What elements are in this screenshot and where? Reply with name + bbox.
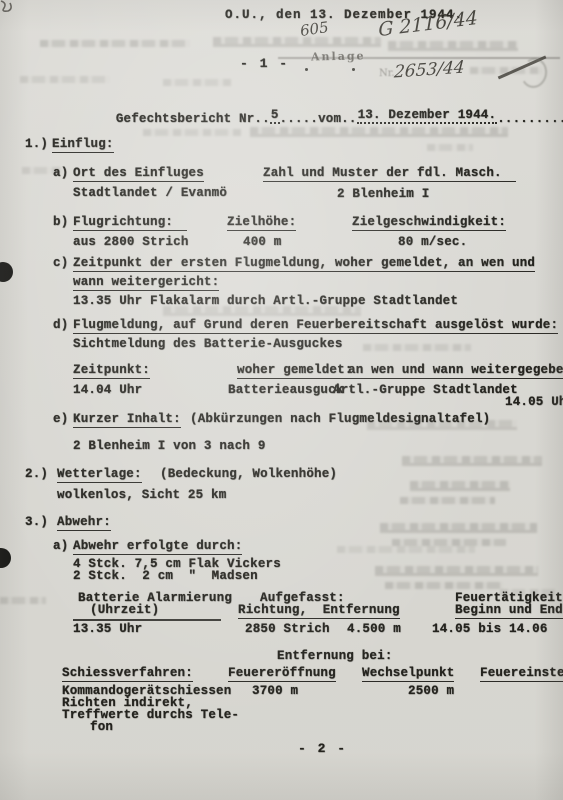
bleedthrough-mark — [392, 539, 506, 546]
item-1b-v3: 80 m/sec. — [398, 236, 467, 249]
bleedthrough-mark — [213, 37, 381, 44]
item-1c-value: 13.35 Uhr Flakalarm durch Artl.-Gruppe S… — [73, 295, 458, 308]
section-3-title: Abwehr: — [57, 516, 111, 529]
gun-line-2: 2 Stck. 2 cm " Madsen — [73, 570, 258, 583]
item-1a-col1-header: Ort des Einfluges — [73, 167, 204, 180]
report-table-v3: Artl.-Gruppe Stadtlandet — [333, 384, 518, 397]
distance-table-h4: Feuereinstellung — [480, 667, 563, 680]
report-table-h3: an wen und wann weitergegeben — [348, 364, 563, 377]
battery-table-v4: 14.05 bis 14.06 — [432, 623, 548, 636]
item-1e-value: 2 Blenheim I von 3 nach 9 — [73, 440, 266, 453]
battery-table-v1: 13.35 Uhr — [73, 623, 142, 636]
report-title-dots: ..... — [280, 112, 319, 126]
battery-table-col2-sub: Richtung, Entfernung — [238, 604, 400, 617]
distance-table-v3: 2500 m — [408, 685, 454, 698]
distance-table-h2: Feuereröffnung — [228, 667, 336, 680]
item-1c-heading-line2: wann weitergericht: — [73, 276, 219, 289]
section-1-number: 1.) — [25, 138, 48, 151]
bleedthrough-mark — [163, 79, 231, 86]
item-1b-tag: b) — [53, 216, 68, 229]
battery-table-col3-sub: Beginn und Ende — [455, 604, 563, 617]
bleedthrough-mark — [0, 597, 46, 604]
typed-dot — [305, 68, 308, 71]
bleedthrough-mark — [20, 76, 110, 83]
handwritten-journal-number: 2653/44 — [393, 57, 465, 82]
report-title-line: Gefechtsbericht Nr..5.....vom..13. Dezem… — [85, 100, 563, 141]
bleedthrough-mark — [375, 566, 538, 573]
distance-table-method-line3: Treffwerte durchs Tele- — [62, 709, 239, 722]
bleedthrough-mark — [337, 546, 475, 553]
item-1e-heading: Kurzer Inhalt: — [73, 413, 181, 426]
report-table-h2: woher gemeldet: — [237, 364, 353, 377]
item-1b-h2: Zielhöhe: — [227, 216, 296, 229]
bleedthrough-mark — [400, 497, 495, 504]
item-1b-v1: aus 2800 Strich — [73, 236, 189, 249]
report-table-h1: Zeitpunkt: — [73, 364, 150, 377]
distance-table-v2: 3700 m — [252, 685, 298, 698]
item-1c-tag: c) — [53, 257, 68, 270]
distance-table-h1: Schiessverfahren: — [62, 667, 193, 680]
section-2-title: Wetterlage: — [57, 468, 142, 481]
report-title-trailing-dots: ......... — [497, 112, 563, 126]
bleedthrough-mark — [363, 344, 471, 351]
item-1a-col2-header: Zahl und Muster der fdl. Masch. — [263, 167, 516, 180]
anlage-stamp-nr-label: Nr. — [379, 68, 395, 79]
battery-table-v2: 2850 Strich — [245, 623, 330, 636]
report-table-v1: 14.04 Uhr — [73, 384, 142, 397]
page-number-top: - 1 - — [240, 57, 289, 70]
typed-dot — [352, 68, 355, 71]
battery-table-col1-underline — [73, 619, 221, 621]
item-1d-value: Sichtmeldung des Batterie-Ausguckes — [73, 338, 343, 351]
report-table-v4: 14.05 Uhr — [505, 396, 563, 409]
corner-pen-scribble — [0, 0, 22, 22]
distance-table-h3: Wechselpunkt — [362, 667, 454, 680]
bleedthrough-mark — [427, 144, 473, 151]
bleedthrough-mark — [402, 456, 542, 463]
section-3-number: 3.) — [25, 516, 48, 529]
item-1b-h3: Zielgeschwindigkeit: — [352, 216, 506, 229]
section-2-value: wolkenlos, Sicht 25 km — [57, 489, 226, 502]
item-1e-tag: e) — [53, 413, 68, 426]
item-1b-v2: 400 m — [243, 236, 282, 249]
item-1a-col2-value: 2 Blenheim I — [337, 188, 429, 201]
section-1-title: Einflug: — [52, 138, 114, 151]
section-2-note: (Bedeckung, Wolkenhöhe) — [160, 468, 337, 481]
bleedthrough-mark — [40, 40, 190, 47]
scanned-report-page: O.U., den 13. Dezember 1944. 605 G 2116/… — [0, 0, 563, 800]
hole-punch-top — [0, 262, 13, 282]
item-3a-tag: a) — [53, 540, 68, 553]
item-1b-h1: Flugrichtung: — [73, 216, 187, 229]
hole-punch-bottom — [0, 548, 11, 568]
distance-table-super-header: Entfernung bei: — [277, 650, 393, 663]
item-1d-heading: Flugmeldung, auf Grund deren Feuerbereit… — [73, 319, 558, 332]
report-title-vom: vom.. — [318, 112, 357, 126]
report-title-label: Gefechtsbericht Nr.. — [116, 112, 270, 126]
section-2-number: 2.) — [25, 468, 48, 481]
handwritten-small-number: 605 — [299, 18, 330, 40]
bleedthrough-mark — [410, 481, 510, 488]
item-3a-heading: Abwehr erfolgte durch: — [73, 540, 242, 553]
battery-table-col1-sub: (Uhrzeit) — [90, 604, 159, 617]
anlage-stamp: Anlage — [311, 50, 366, 64]
item-1d-tag: d) — [53, 319, 68, 332]
report-table-v2: Batterieausguck — [228, 384, 344, 397]
item-1a-tag: a) — [53, 167, 68, 180]
page-number-bottom: - 2 - — [298, 742, 347, 755]
item-1c-heading-line1: Zeitpunkt der ersten Flugmeldung, woher … — [73, 257, 535, 270]
item-1a-col1-value: Stadtlandet / Evanmö — [73, 187, 227, 200]
bleedthrough-mark — [380, 523, 537, 530]
pencil-mark — [518, 56, 550, 91]
battery-table-v3: 4.500 m — [347, 623, 401, 636]
distance-table-method-line4: fon — [90, 721, 113, 734]
item-1e-note: (Abkürzungen nach Flugmeldesignaltafel) — [190, 413, 490, 426]
bleedthrough-mark — [385, 582, 503, 589]
report-number: 5 — [270, 109, 280, 124]
report-date: 13. Dezember 1944. — [357, 109, 498, 124]
bleedthrough-mark — [388, 41, 518, 48]
